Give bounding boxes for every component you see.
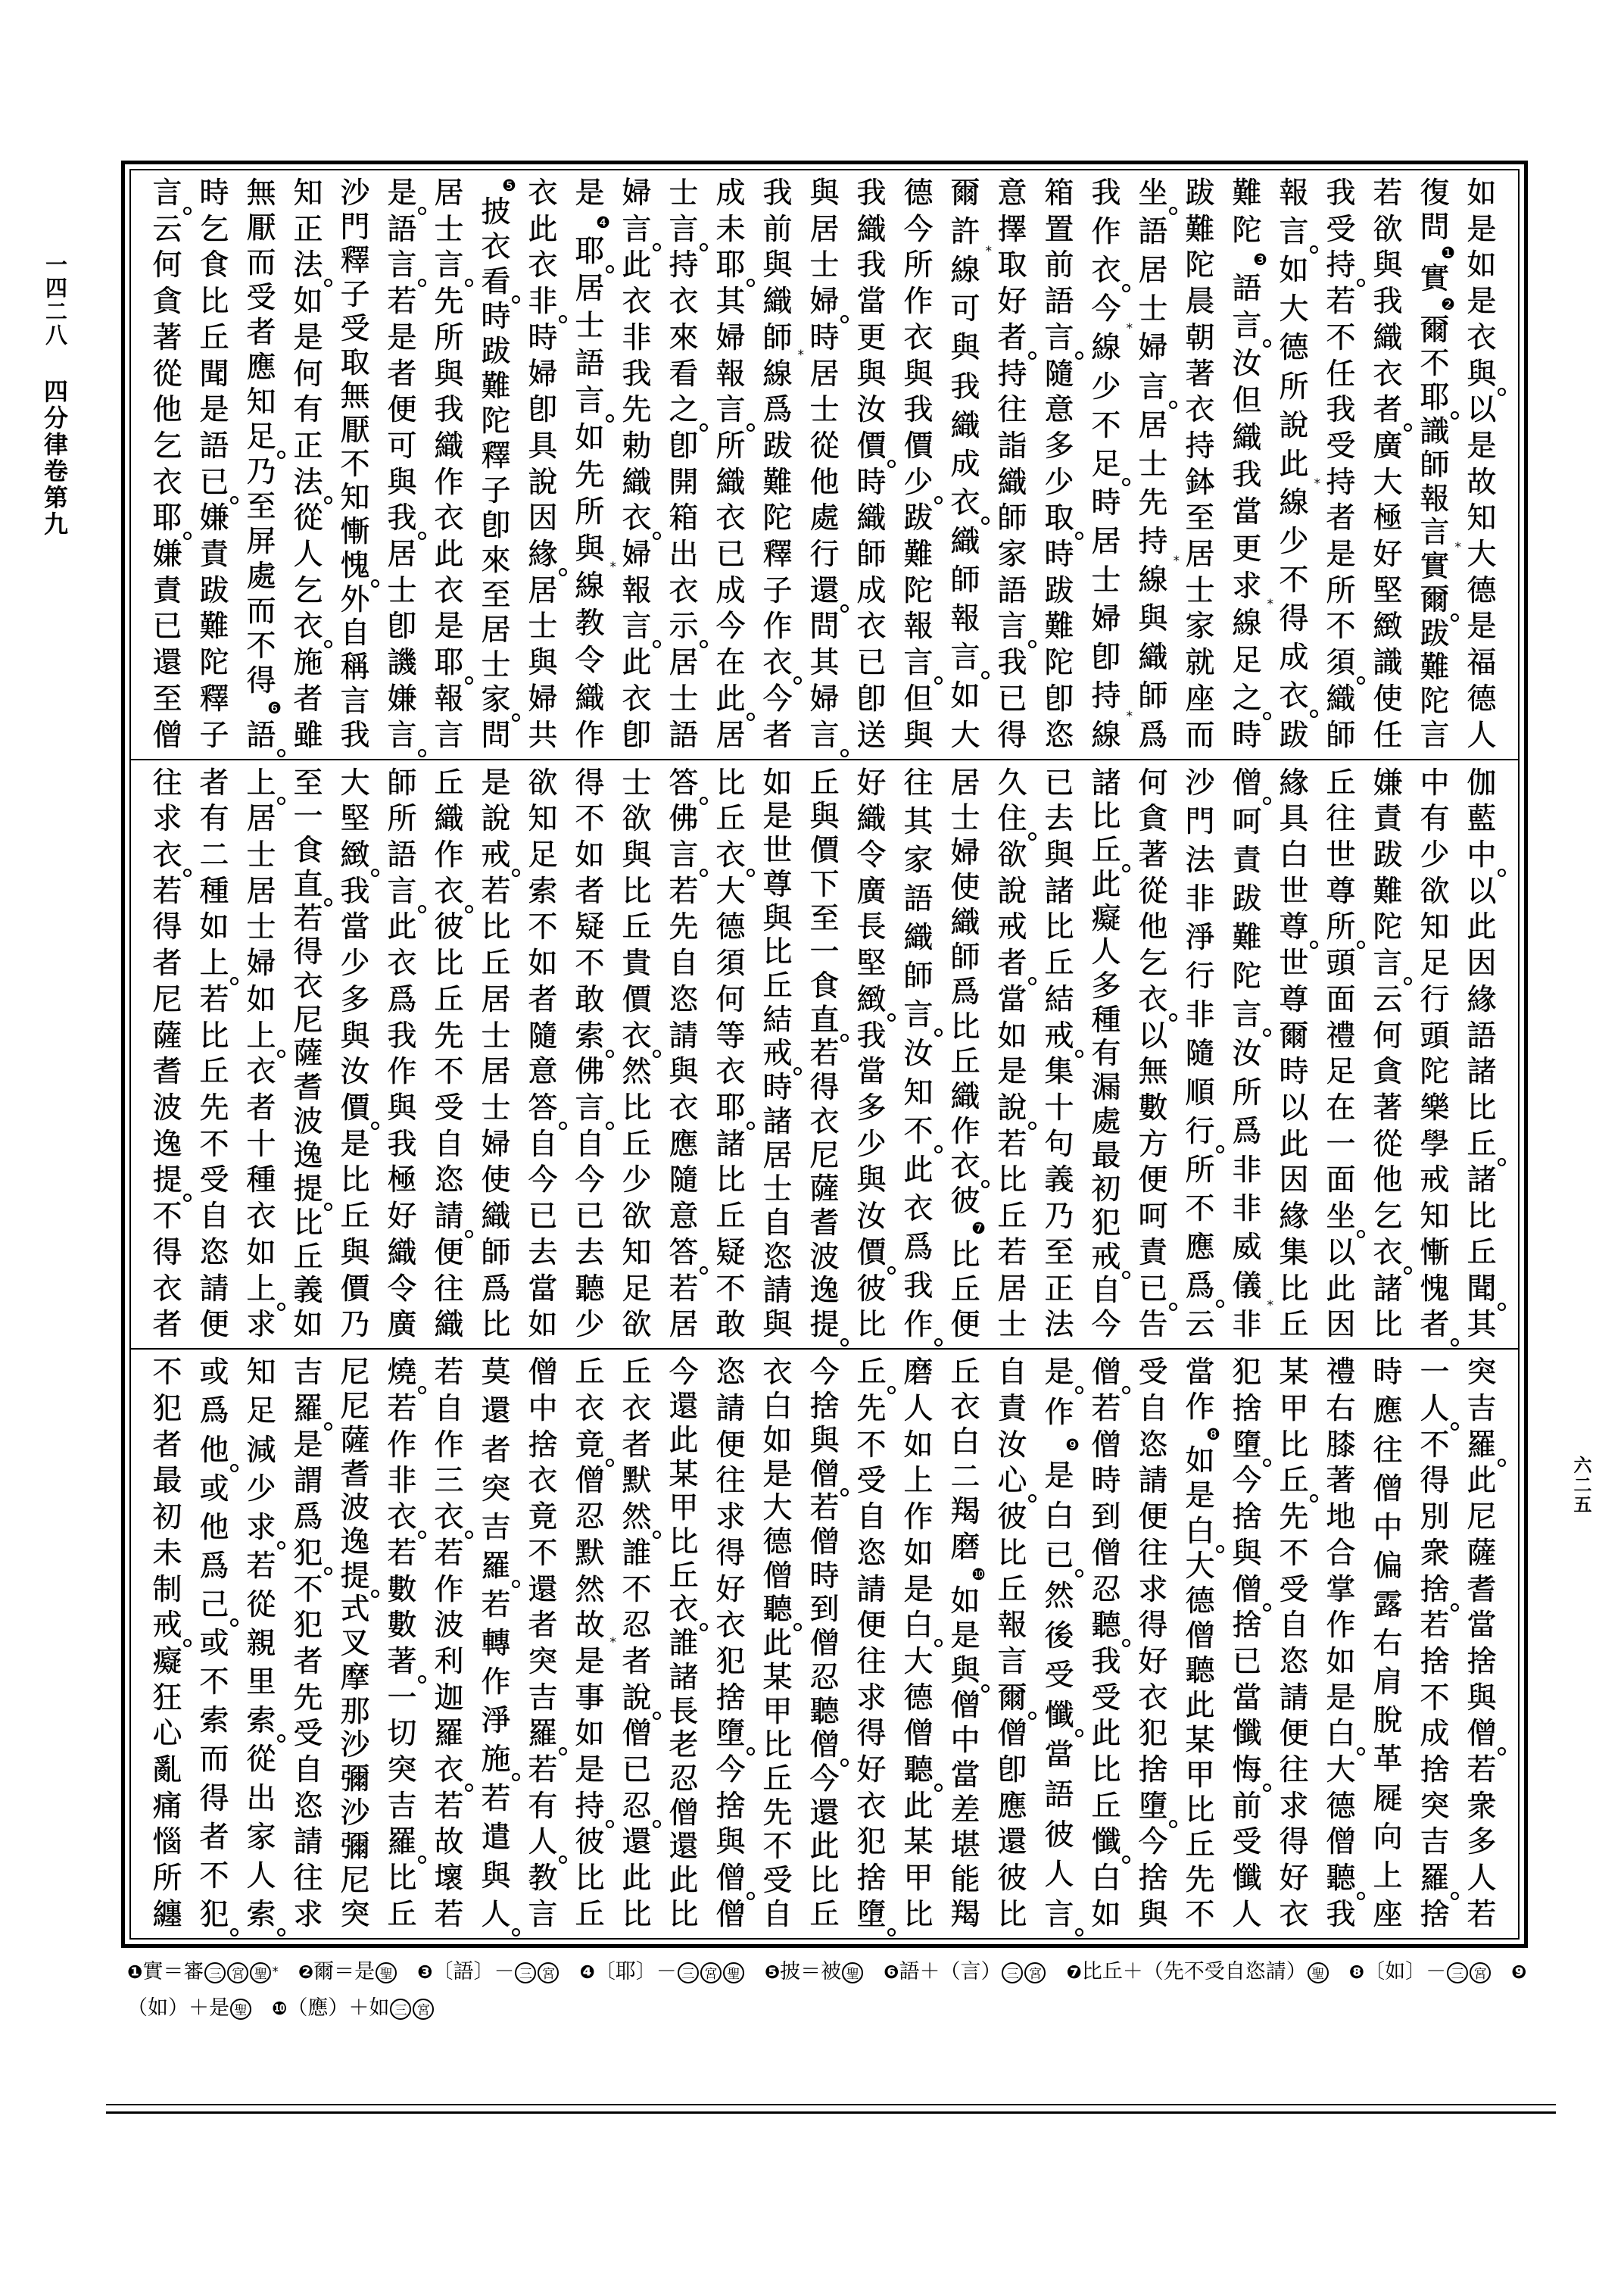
character: 婦 [807, 683, 842, 716]
edition-siglum: 三 [515, 1962, 536, 1983]
character: 汝 [1230, 1038, 1264, 1070]
character: 與 [760, 903, 795, 935]
character: 言 [901, 999, 936, 1031]
character: 緣 [525, 538, 560, 571]
character: 不 [1276, 564, 1311, 597]
character: 已 [150, 610, 185, 643]
footnote-number: ❸ [417, 1961, 432, 1983]
character: 好 [1276, 1862, 1311, 1895]
character: 言 [995, 1646, 1030, 1678]
character: 還 [150, 647, 185, 679]
character: 士 [385, 575, 419, 607]
text-column: 丘衣竟僧忍默然故是*事如是持彼比丘 [566, 1356, 613, 1931]
text-column: 我受持若不任我受持者是所不須織師 [1317, 177, 1364, 752]
character: 多 [1089, 970, 1124, 1003]
character: 與 [948, 1655, 983, 1687]
character: 織 [948, 526, 983, 558]
character: 比 [760, 1729, 795, 1762]
character: 求 [291, 1899, 326, 1931]
character: 逸 [807, 1275, 842, 1307]
character: 吉 [478, 1512, 513, 1544]
footnote-ref-mark: ❷ [1441, 296, 1455, 313]
footnote-reading: 〔語〕－ [432, 1960, 514, 1983]
footnote-number: ❿ [272, 1998, 287, 2019]
character: 丘 [1464, 1128, 1499, 1161]
character: 如 [572, 422, 607, 454]
punctuation-circle [981, 517, 990, 525]
character: 婦 [807, 286, 842, 318]
character: 一 [807, 936, 842, 969]
character: 好 [713, 1574, 748, 1606]
character: 是 [1464, 610, 1499, 643]
character: 彌 [338, 1830, 372, 1863]
character: 去 [525, 1237, 560, 1269]
character: 狂 [150, 1682, 185, 1715]
character: 僧 [995, 1718, 1030, 1750]
character: 師 [385, 767, 419, 800]
character: 僧 [807, 1628, 842, 1660]
character: 不 [525, 1537, 560, 1570]
character: 先 [1136, 487, 1170, 520]
character: 居 [1136, 254, 1170, 287]
text-column: 丘衣者默然誰不忍者說僧已忍還此比 [613, 1356, 660, 1931]
character: 乞 [291, 575, 326, 607]
character: 卽 [854, 683, 889, 716]
character: 坐 [1136, 177, 1170, 210]
character: 者 [150, 947, 185, 980]
character: 不 [1183, 1899, 1217, 1931]
character: 不 [572, 947, 607, 980]
character: 家 [244, 1821, 279, 1854]
character: 知 [244, 386, 279, 419]
character: 作 [432, 1429, 466, 1462]
character: 減 [244, 1434, 279, 1467]
character: 是 [1183, 1480, 1217, 1512]
punctuation-circle [1263, 797, 1271, 805]
character: 士 [525, 610, 560, 643]
character: 答 [666, 1237, 701, 1269]
character: 然 [619, 1501, 654, 1534]
character: 送 [854, 719, 889, 752]
character: 痛 [150, 1790, 185, 1823]
character: 此 [385, 911, 419, 944]
character: 汝 [854, 394, 889, 426]
character: 與 [338, 1237, 372, 1269]
character: 著 [1370, 1092, 1405, 1125]
character: 如 [901, 1537, 936, 1570]
character: 數 [1136, 1092, 1170, 1125]
character: 衣 [1136, 984, 1170, 1016]
character: 比 [760, 936, 795, 969]
character: 置 [1042, 214, 1077, 246]
character: 時 [807, 322, 842, 354]
character: 言 [1417, 517, 1452, 549]
character: 婦 [525, 683, 560, 716]
character: 他 [197, 1512, 232, 1544]
character: 線* [1089, 719, 1124, 752]
character: 足 [1417, 947, 1452, 980]
character: 成 [1276, 641, 1311, 674]
character: 尊 [1276, 984, 1311, 1016]
character: 突 [1417, 1790, 1452, 1823]
character: 作 [1089, 216, 1124, 248]
character: 不 [197, 1128, 232, 1161]
character: 里 [244, 1666, 279, 1699]
character: 或 [197, 1356, 232, 1389]
character: 織 [760, 286, 795, 318]
character: 難 [1042, 610, 1077, 643]
character: 不 [572, 803, 607, 835]
character: 尼 [150, 984, 185, 1016]
character: 是 [995, 1056, 1030, 1088]
character: 受 [244, 282, 279, 314]
character: 士 [995, 1309, 1030, 1341]
character: 卽 [619, 719, 654, 752]
character: 不 [150, 1200, 185, 1233]
character: 突 [525, 1646, 560, 1678]
text-column: 知足減少求若從親里索從出家人索 [238, 1356, 285, 1931]
footnote: ❷爾＝是聖 [298, 1960, 397, 1983]
footnote-reading: 語＋（言） [899, 1960, 1001, 1983]
character: 家 [995, 538, 1030, 571]
character: 當 [1464, 1609, 1499, 1642]
character: 數 [385, 1574, 419, 1606]
character: 問 [1417, 211, 1452, 244]
character: 提 [807, 1309, 842, 1341]
character: 忍 [619, 1609, 654, 1642]
text-column: 欲知足索不如者隨意答自今已去當如 [519, 767, 566, 1342]
text-column: 意擇取好者持往詣織師家語言我已得 [989, 177, 1036, 752]
character: 責 [150, 575, 185, 607]
character: 衣 [150, 1273, 185, 1306]
character: 跋 [1417, 618, 1452, 651]
character: 作 [901, 286, 936, 318]
character: 如 [1276, 254, 1311, 287]
character: 面 [1323, 984, 1358, 1016]
footnote: ❹〔耶〕－三宮聖 [579, 1960, 744, 1983]
character: 者 [150, 1309, 185, 1341]
character: 若 [525, 1754, 560, 1787]
character: 織 [432, 430, 466, 463]
character: 應 [995, 1790, 1030, 1823]
character: 少 [854, 1128, 889, 1161]
character: 責 [197, 538, 232, 571]
character: 居 [432, 177, 466, 210]
character: 往 [1276, 1754, 1311, 1787]
character: 丘 [432, 767, 466, 800]
character: 令 [854, 839, 889, 872]
character: 捨 [713, 1790, 748, 1823]
character: 十 [1042, 1092, 1077, 1125]
character: 彼 [854, 1273, 889, 1306]
character: 非 [525, 286, 560, 318]
character: 受 [1136, 1356, 1170, 1389]
character: 織 [1230, 422, 1264, 454]
character: 比 [619, 1899, 654, 1931]
character: 者 [385, 358, 419, 391]
character: 施 [478, 1743, 513, 1776]
character: 人 [1089, 936, 1124, 969]
text-column: 犯捨墮今捨與僧捨已當懺悔前受懺人 [1223, 1356, 1270, 1931]
character: 衣 [713, 1609, 748, 1642]
character: 還 [666, 1390, 701, 1423]
character: 今 [1089, 1309, 1124, 1341]
character: 墮 [854, 1899, 889, 1931]
edition-siglum: 三 [1447, 1962, 1468, 1983]
variant-asterisk: * [1267, 1300, 1274, 1312]
character: 沙 [338, 1729, 372, 1762]
character: 是 [760, 801, 795, 833]
character: 久 [995, 767, 1030, 800]
character: 白 [1323, 1718, 1358, 1750]
character: 者 [291, 1646, 326, 1678]
character: 地 [1323, 1501, 1358, 1534]
character: 今 [666, 1356, 701, 1389]
character: 織 [948, 1081, 983, 1113]
character: 受 [291, 1718, 326, 1750]
text-column: 尼尼薩耆波逸提式叉摩那沙彌沙彌尼突 [332, 1356, 379, 1931]
character: 中 [948, 1724, 983, 1757]
character: 陀 [1183, 249, 1217, 282]
character: 卽 [666, 430, 701, 463]
character: 是 [572, 177, 607, 210]
character: 時 [1089, 487, 1124, 520]
character: 難 [1417, 651, 1452, 684]
character: 我 [901, 394, 936, 426]
character: 成 [854, 575, 889, 607]
character: 得 [291, 936, 326, 969]
character: 僧 [619, 1718, 654, 1750]
character: 往 [150, 767, 185, 800]
character: 世 [760, 835, 795, 867]
text-column: 跋難陀晨朝著衣持鉢至居士家就座而 [1177, 177, 1223, 752]
character: 之 [1230, 682, 1264, 715]
text-column: 沙門釋子受取無厭不知慚愧外自稱言我 [332, 177, 379, 752]
character: 正 [291, 214, 326, 246]
character: 大 [901, 1646, 936, 1678]
character: 我 [619, 358, 654, 391]
character: 爲 [760, 394, 795, 426]
character: 我 [1323, 394, 1358, 426]
text-column: 士欲與比丘貴價衣然比丘少欲知足欲 [613, 767, 660, 1342]
character: 是 [385, 322, 419, 354]
character: 如 [1183, 1445, 1217, 1478]
character: 耶 [150, 502, 185, 535]
character: 貪 [1136, 803, 1170, 835]
character: 箱 [666, 502, 701, 535]
character: 士 [244, 911, 279, 944]
character: 少 [619, 1164, 654, 1197]
character: 尊 [1323, 875, 1358, 908]
character: 德 [760, 1526, 795, 1559]
character: 默 [572, 1537, 607, 1570]
character: 比 [338, 1164, 372, 1197]
character: 此 [525, 214, 560, 246]
character: 欲 [1370, 214, 1405, 246]
character: 已 [572, 1200, 607, 1233]
character: 實* [1417, 551, 1452, 583]
character: 說 [619, 1682, 654, 1715]
punctuation-circle [230, 1618, 238, 1627]
text-column: 丘織作衣彼比丘先不受自恣請便往織 [425, 767, 472, 1342]
character: 衣 [807, 1106, 842, 1138]
character: 非 [619, 322, 654, 354]
character: 僧 [901, 1718, 936, 1750]
character: 捨 [1136, 1862, 1170, 1895]
footnote: ❿（應）＋如三宮 [272, 1996, 435, 2020]
character: 比 [713, 1164, 748, 1197]
text-column: 燒若作非衣若數數著一切突吉羅比丘 [379, 1356, 425, 1931]
character: 乞 [150, 430, 185, 463]
punctuation-circle [840, 1338, 849, 1347]
character: 所 [1323, 911, 1358, 944]
character: 便 [1276, 1718, 1311, 1750]
variant-asterisk: * [986, 245, 993, 258]
character: 問 [478, 719, 513, 752]
footnote: ❶實＝審三宮聖* [127, 1960, 279, 1983]
character: 已 [1230, 1646, 1264, 1678]
character: 諸 [713, 1128, 748, 1161]
character: 須 [713, 947, 748, 980]
footnote-ref-mark: ❼ [971, 1220, 986, 1237]
character: 不 [713, 1273, 748, 1306]
character: 所 [432, 322, 466, 354]
character: 時 [1042, 538, 1077, 571]
character: 一 [1417, 1356, 1452, 1389]
character: 緣 [1464, 984, 1499, 1016]
character: 丘 [807, 1899, 842, 1931]
character: 今 [713, 1754, 748, 1787]
punctuation-circle [1216, 1145, 1224, 1153]
text-column: 我作衣今線*少不足時居士婦卽持線* [1083, 177, 1130, 752]
character: 乞 [1136, 947, 1170, 980]
character: 大 [1464, 538, 1499, 571]
character: 答 [525, 1092, 560, 1125]
footnote-number: ❽ [1349, 1961, 1364, 1983]
character: 士 [1183, 575, 1217, 607]
text-column: 是❹耶居士語言如先所與線*教令織作 [566, 177, 613, 752]
character: 責 [1370, 803, 1405, 835]
character: 得 [1136, 1609, 1170, 1642]
character: 十 [244, 1128, 279, 1161]
character: 爲 [1230, 1116, 1264, 1148]
character: 嫌 [150, 538, 185, 571]
character: 下 [807, 869, 842, 901]
text-column: 如是如是衣與以是故知大德是福德人 [1458, 177, 1505, 752]
character: 此 [760, 1628, 795, 1660]
text-column: 得不如者疑不敢索佛言自今已去聽少 [566, 767, 613, 1342]
character: 白 [1089, 1862, 1124, 1895]
character: 捨 [1230, 1393, 1264, 1425]
character: 式 [338, 1593, 372, 1626]
character: 如 [948, 1585, 983, 1618]
character: 所 [713, 430, 748, 463]
character: 是 [1323, 1682, 1358, 1715]
character: 非* [1230, 1309, 1264, 1341]
character: 作 [1042, 1397, 1077, 1429]
character: 作 [478, 1666, 513, 1699]
character: 衣 [525, 1465, 560, 1497]
character: 極 [1370, 502, 1405, 535]
character: 士 [619, 767, 654, 800]
character: 羯 [948, 1899, 983, 1931]
footnote-number: ❾ [1511, 1961, 1526, 1983]
character: 先 [760, 1797, 795, 1830]
character: 處 [807, 502, 842, 535]
character: 非 [1230, 1193, 1264, 1225]
character: 受 [197, 1164, 232, 1197]
character: 厭 [338, 414, 372, 447]
character: 合 [1323, 1537, 1358, 1570]
character: 何 [150, 249, 185, 282]
punctuation-circle [934, 1338, 943, 1347]
character: 言 [666, 214, 701, 246]
character: 我 [1230, 459, 1264, 492]
character: 中 [1417, 767, 1452, 800]
character: 看 [478, 266, 513, 298]
character: 故 [432, 1826, 466, 1858]
character: 汝 [338, 1056, 372, 1088]
character: 丘 [948, 1356, 983, 1389]
character: 報 [1417, 483, 1452, 516]
character: 此 [619, 1862, 654, 1895]
character: 應 [1370, 1395, 1405, 1428]
character: 敢 [713, 1309, 748, 1341]
character: 捨 [1417, 1899, 1452, 1931]
character: 織 [432, 1309, 466, 1341]
character: 謂 [291, 1465, 326, 1497]
character: 堪 [948, 1829, 983, 1862]
character: 先 [197, 1092, 232, 1125]
footnote-ref-mark: ❾ [1065, 1437, 1080, 1453]
text-column: 居士婦使織師爲比丘織作衣彼❼比丘便 [942, 767, 989, 1342]
character: 我 [995, 647, 1030, 679]
character: 然 [1042, 1580, 1077, 1612]
character: 言 [619, 214, 654, 246]
character: 尼 [291, 1004, 326, 1037]
character: 與 [1464, 358, 1499, 391]
character: 向 [1370, 1821, 1405, 1854]
character: 居 [1136, 410, 1170, 442]
character: 受 [432, 1092, 466, 1125]
character: 若 [432, 1537, 466, 1570]
character: 丘 [385, 1899, 419, 1931]
character: 與 [807, 801, 842, 833]
character: 堅 [338, 803, 372, 835]
character: 至 [1042, 1237, 1077, 1269]
character: 先 [1183, 1864, 1217, 1896]
character: 言 [807, 719, 842, 752]
character: 是 [1464, 430, 1499, 463]
character: 尼 [338, 1356, 372, 1389]
edition-siglum: 宮 [1024, 1962, 1046, 1983]
character: 革 [1370, 1743, 1405, 1776]
character: 汝 [901, 1038, 936, 1070]
character: 稱 [338, 651, 372, 684]
character: 上 [244, 1273, 279, 1306]
text-column: 受自恣請便往求得好衣犯捨墮今捨與 [1130, 1356, 1177, 1931]
character: 丘 [666, 1560, 701, 1593]
character: 而 [244, 247, 279, 279]
character: 說 [995, 1092, 1030, 1125]
character: 聞 [197, 358, 232, 391]
character: 任 [1323, 358, 1358, 391]
character: 羅 [291, 1393, 326, 1425]
character: 是 [572, 1754, 607, 1787]
footnote-reading: （如）＋是 [127, 1996, 229, 2020]
footnote-apparatus: ❶實＝審三宮聖*❷爾＝是聖❸〔語〕－三宮❹〔耶〕－三宮聖❺披＝被聖❻語＋（言）三… [127, 1954, 1528, 2027]
character: 衣 [713, 839, 748, 872]
